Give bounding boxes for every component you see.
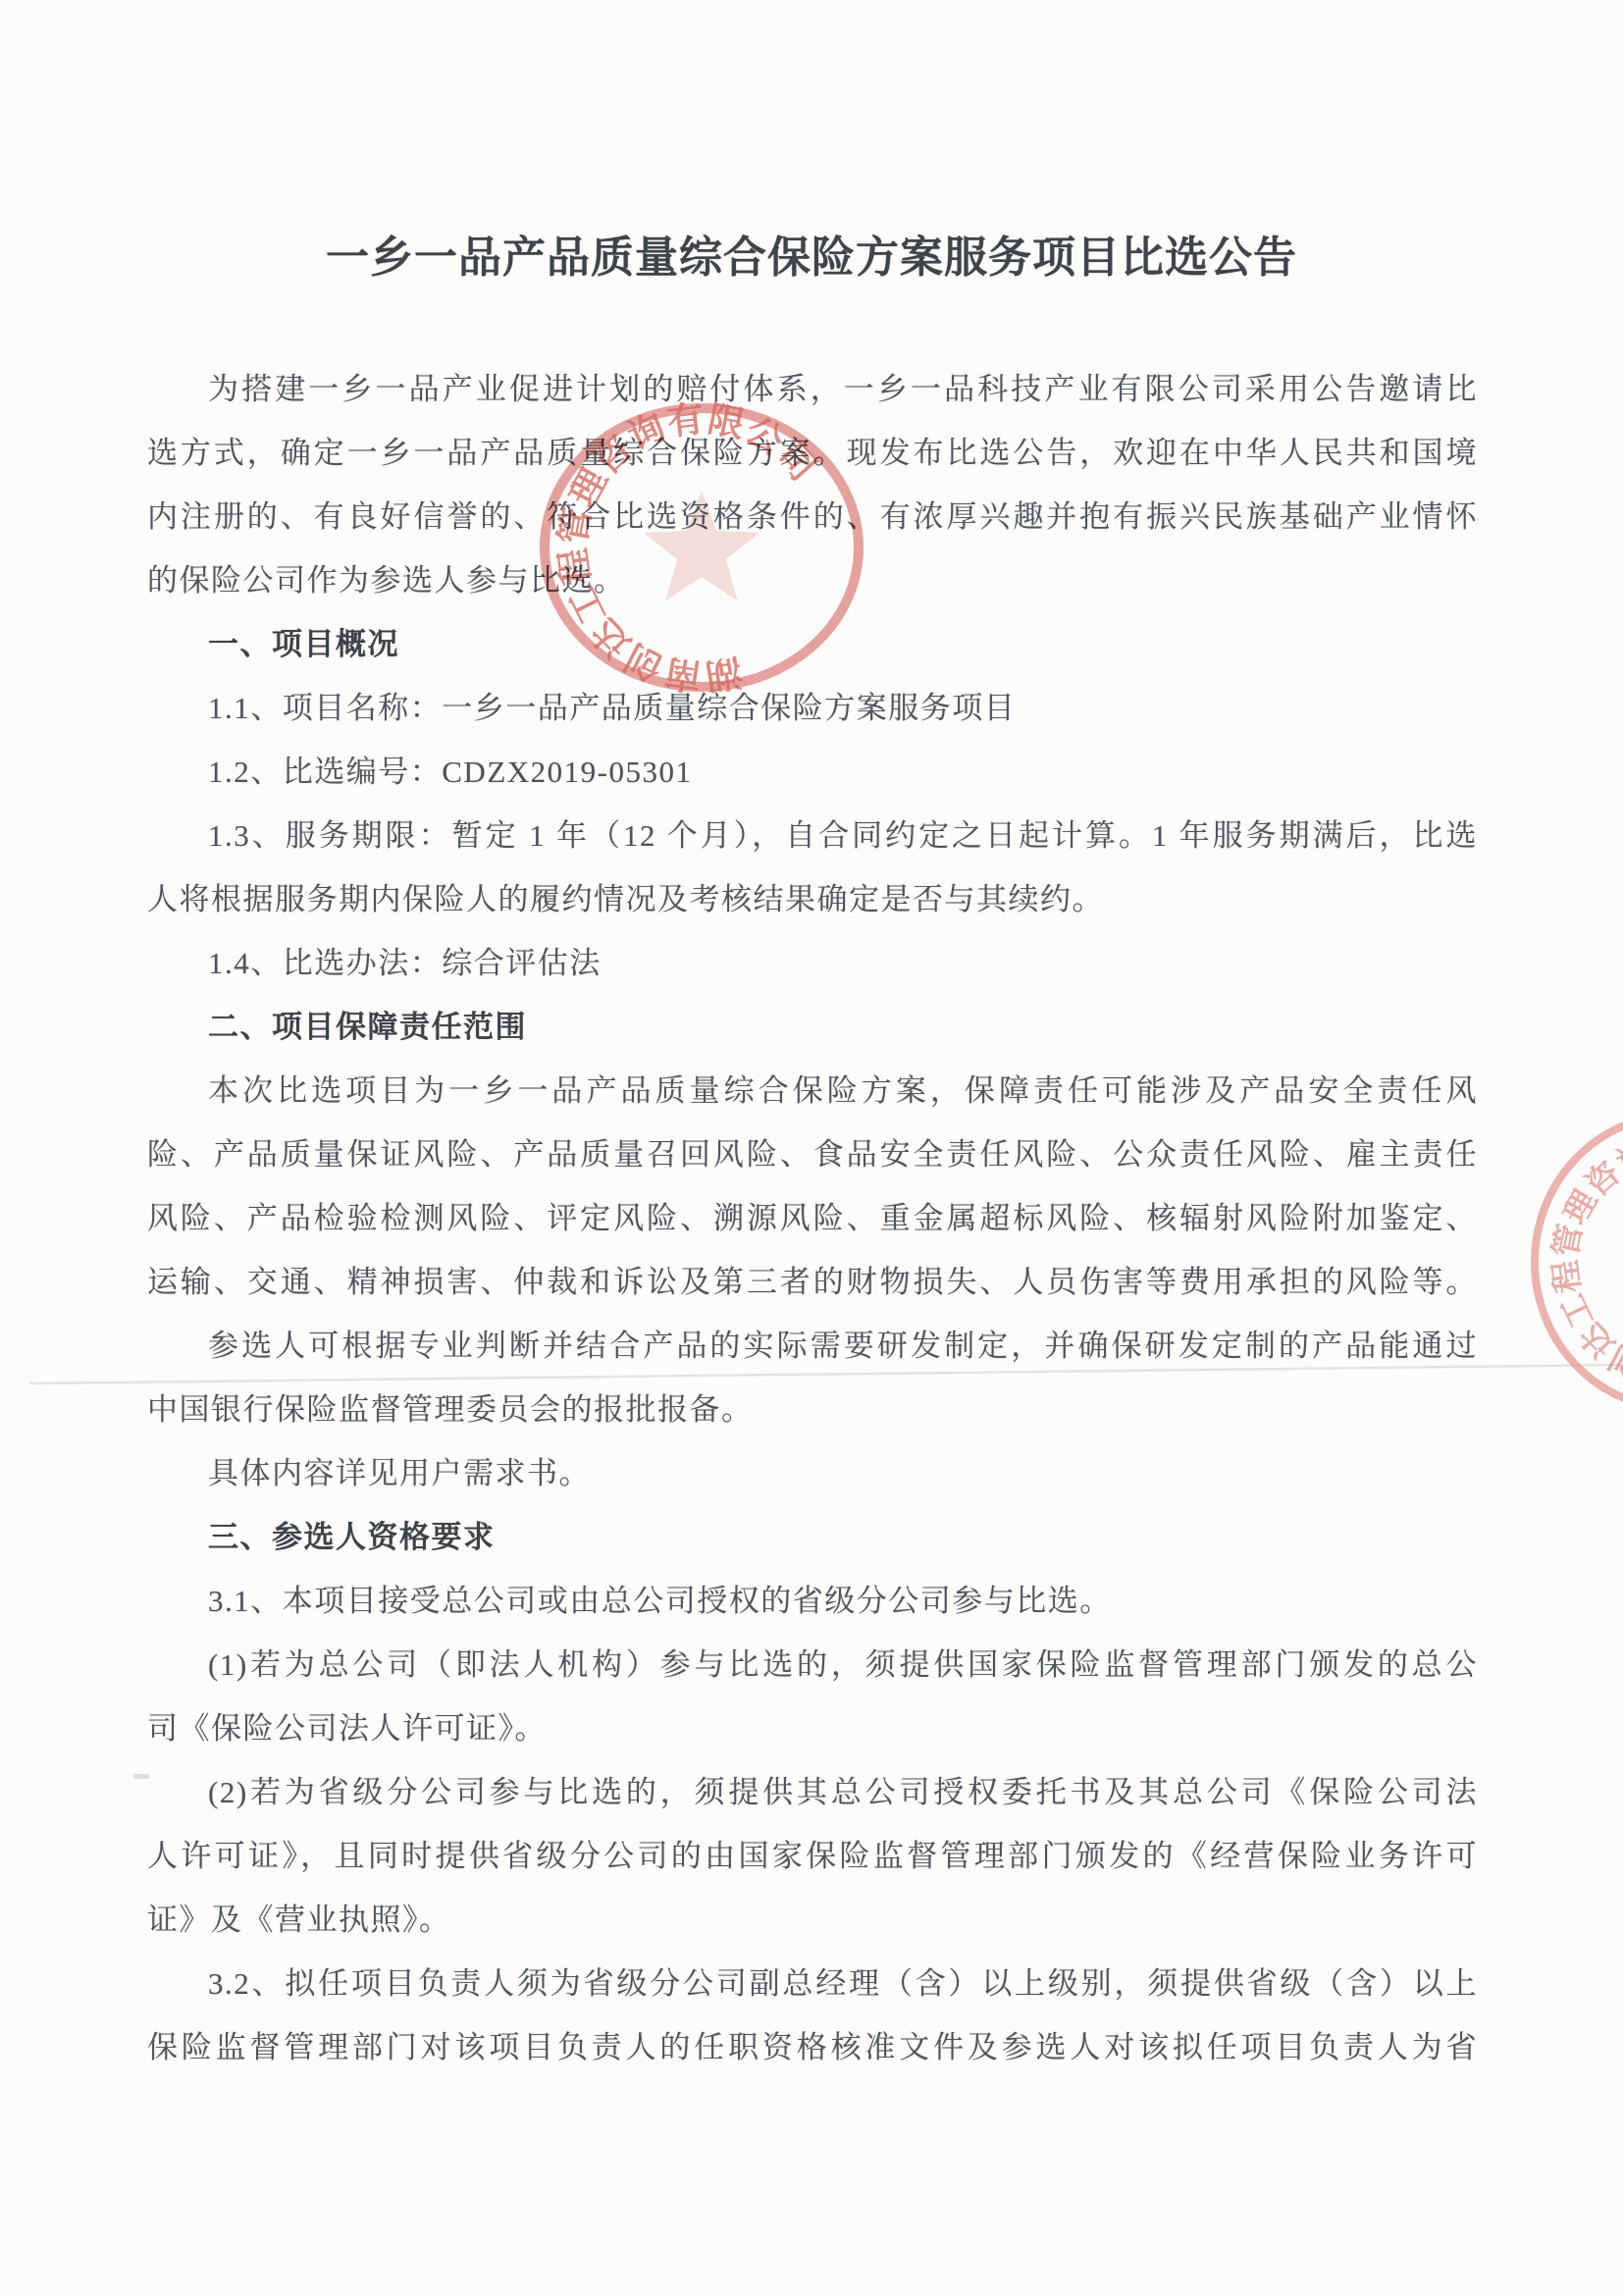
document-line: 内注册的、有良好信誉的、符合比选资格条件的、有浓厚兴趣并抱有振兴民族基础产业情怀 xyxy=(147,485,1478,548)
document-line: 人将根据服务期内保险人的履约情况及考核结果确定是否与其续约。 xyxy=(147,867,1478,931)
document-line: 保险监督管理部门对该项目负责人的任职资格核准文件及参选人对该拟任项目负责人为省 xyxy=(147,2015,1478,2079)
document-line: 运输、交通、精神损害、仲裁和诉讼及第三者的财物损失、人员伤害等费用承担的风险等。 xyxy=(147,1250,1478,1314)
document-line: 1.3、服务期限：暂定 1 年（12 个月），自合同约定之日起计算。1 年服务期… xyxy=(147,804,1478,867)
document-line: (2)若为省级分公司参与比选的，须提供其总公司授权委托书及其总公司《保险公司法 xyxy=(147,1760,1478,1824)
scanned-document-page: 一乡一品产品质量综合保险方案服务项目比选公告 为搭建一乡一品产业促进计划的赔付体… xyxy=(0,0,1623,2296)
document-line: 1.4、比选办法：综合评估法 xyxy=(147,931,1478,995)
document-line: 二、项目保障责任范围 xyxy=(147,995,1478,1059)
document-line: 选方式，确定一乡一品产品质量综合保险方案。现发布比选公告，欢迎在中华人民共和国境 xyxy=(147,421,1478,485)
document-line: 人许可证》，且同时提供省级分公司的由国家保险监督管理部门颁发的《经营保险业务许可 xyxy=(147,1824,1478,1888)
page-title: 一乡一品产品质量综合保险方案服务项目比选公告 xyxy=(0,222,1623,285)
document-body: 为搭建一乡一品产业促进计划的赔付体系，一乡一品科技产业有限公司采用公告邀请比选方… xyxy=(147,357,1478,2079)
document-line: 参选人可根据专业判断并结合产品的实际需要研发制定，并确保研发定制的产品能通过 xyxy=(147,1314,1478,1378)
document-line: 一、项目概况 xyxy=(147,612,1478,676)
document-line: 三、参选人资格要求 xyxy=(147,1505,1478,1569)
partial-seal-ring-text: 湖南创达工程管理咨询有限公司 xyxy=(1546,1130,1623,1393)
document-line: 1.1、项目名称：一乡一品产品质量综合保险方案服务项目 xyxy=(147,676,1478,740)
document-line: 3.1、本项目接受总公司或由总公司授权的省级分公司参与比选。 xyxy=(147,1569,1478,1633)
document-line: 风险、产品检验检测风险、评定风险、溯源风险、重金属超标风险、核辐射风险附加鉴定、 xyxy=(147,1186,1478,1250)
document-line: 证》及《营业执照》。 xyxy=(147,1888,1478,1952)
document-line: 3.2、拟任项目负责人须为省级分公司副总经理（含）以上级别，须提供省级（含）以上 xyxy=(147,1952,1478,2015)
document-line: 的保险公司作为参选人参与比选。 xyxy=(147,548,1478,612)
document-line: 险、产品质量保证风险、产品质量召回风险、食品安全责任风险、公众责任风险、雇主责任 xyxy=(147,1122,1478,1186)
document-line: 中国银行保险监督管理委员会的报批报备。 xyxy=(147,1378,1478,1441)
document-line: 为搭建一乡一品产业促进计划的赔付体系，一乡一品科技产业有限公司采用公告邀请比 xyxy=(147,357,1478,421)
document-line: 具体内容详见用户需求书。 xyxy=(147,1441,1478,1505)
partial-seal-ring xyxy=(1535,1115,1623,1409)
partial-seal-stamp: 湖南创达工程管理咨询有限公司 xyxy=(1535,1115,1623,1409)
document-line: (1)若为总公司（即法人机构）参与比选的，须提供国家保险监督管理部门颁发的总公 xyxy=(147,1633,1478,1696)
svg-text:湖南创达工程管理咨询有限公司: 湖南创达工程管理咨询有限公司 xyxy=(1546,1130,1623,1393)
document-line: 司《保险公司法人许可证》。 xyxy=(147,1696,1478,1760)
document-line: 本次比选项目为一乡一品产品质量综合保险方案，保障责任可能涉及产品安全责任风 xyxy=(147,1059,1478,1122)
document-line: 1.2、比选编号：CDZX2019-05301 xyxy=(147,740,1478,804)
